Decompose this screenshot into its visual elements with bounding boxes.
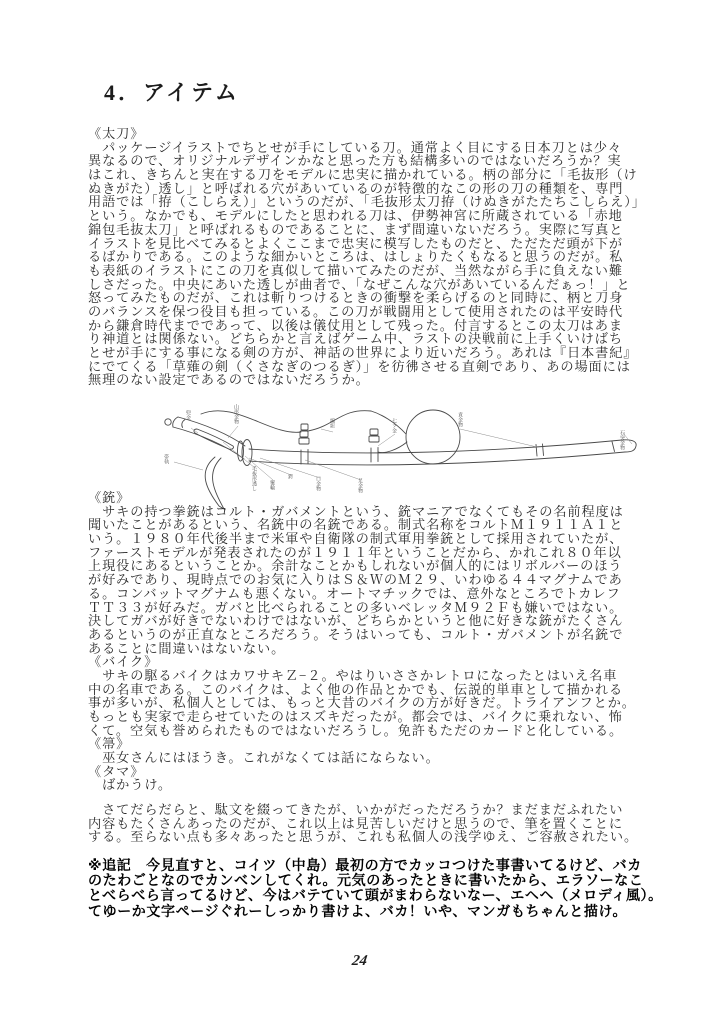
sword-part-label-nanatsugane: 七ツ金 (391, 418, 397, 433)
text-line: 《タマ》 (88, 765, 663, 779)
text-line: てゆーか文字ページぐれーしっかり書けよ、バカ！いや、マンガもちゃんと描け。 (88, 904, 663, 919)
text-line: も表紙のイラストにこの刀を真似して描いてみたのだが、当然ながら手に負えない難 (88, 264, 663, 278)
page-title: 4．アイテム (104, 76, 240, 107)
text-line: 怒ってみたものだが、これは斬りつけるときの衝撃を柔らげるのと同時に、柄と刀身 (88, 291, 663, 305)
text-line: とべらべら言ってるけど、今はバテていて頭がまわらないなー、エヘヘ（メロディ風）。 (88, 888, 663, 903)
text-line: にでてくる「草薙の剣（くさなぎのつるぎ）」を彷彿させる直剣であり、あの場面には (88, 360, 663, 374)
text-line: 《バイク》 (88, 655, 663, 669)
text-line: が好みであり、現時点でのお気に入りはＳ＆ＷのＭ２９、いわゆる４４マグナムであ (88, 573, 663, 587)
text-line: ＴＴ３３が好みだ。ガバと比べられることの多いベレッタＭ９２Ｆも嫌いではない。 (88, 601, 663, 615)
page-number: 24 (351, 953, 368, 970)
text-line: くて。空気も誉められたものではないだろうし。免許もただのカードと化している。 (88, 724, 663, 738)
gun-bike-broom-tama-text: 《銃》 サキの持つ拳銃はコルト・ガバメントという、銃マニアでなくてもその名前程度… (88, 491, 663, 792)
text-line: いう。１９８０年代後半まで米軍や自衛隊の制式軍用拳銃として採用されていたが、 (88, 532, 663, 546)
text-line: サキの駆るバイクはカワサキＺ−２。やはりいささかレトロになったとはいえ名車 (88, 669, 663, 683)
scanned-document-page: 4．アイテム 《太刀》 パッケージイラストでちとせが手にしている刀。通常よく目に… (0, 0, 712, 1010)
text-line: り神道とは関係ない。どちらかと言えばゲーム中、ラストの決戦前に上手くいけばち (88, 332, 663, 346)
sword-part-label-ishizuki: 石突金物 (619, 430, 625, 450)
tachi-section-text: 《太刀》 パッケージイラストでちとせが手にしている刀。通常よく目にする日本刀とは… (88, 127, 663, 387)
text-line: する。至らない点も多々あったと思うが、これも私個人の浅学ゆえ、ご容赦されたい。 (88, 830, 663, 844)
sword-part-label-yamagata: 山形金物 (233, 404, 239, 424)
text-line: のバランスを保つ役目も担っている。この刀が戦闘用として使用されたのは平安時代 (88, 305, 663, 319)
sword-part-label-kenukigata: 毛抜形透し (251, 466, 257, 491)
text-line: 《太刀》 (88, 127, 663, 141)
text-line: ※追記 今見直すと、コイツ（中島）最初の方でカッコつけた事書いてるけど、バカ (88, 858, 663, 873)
sword-part-label-tsuba: 鍔 (287, 474, 293, 479)
closing-paragraph-text: さてだらだらと、駄文を綴ってきたが、いかがだっただろうか？まだまだふれたい内容も… (88, 803, 663, 844)
sword-part-label-obitori: 帯執 (163, 454, 169, 464)
text-line: 《銃》 (88, 491, 663, 505)
text-line: 巫女さんにはほうき。これがなくては話にならない。 (88, 751, 663, 765)
text-line: という。なかでも、モデルにしたと思われる刀は、伊勢神宮に所蔵されている「赤地 (88, 209, 663, 223)
text-line: 《箒》 (88, 737, 663, 751)
text-line: はこれ、きちんと実在する刀をモデルに忠実に描かれている。柄の部分に「毛抜形（け (88, 168, 663, 182)
text-line: 無理のない設定であるのではないだろうか。 (88, 373, 663, 387)
text-line: あるというのが正直なところだろう。そうはいっても、コルト・ガバメントが名銃で (88, 628, 663, 642)
text-line: るばかりである。このような細かいところは、はしょりたくもなると思うのだが。私 (88, 250, 663, 264)
text-line: る。コンバットマグナムも悪くない。オートマチックでは、意外なところでトカレフ (88, 587, 663, 601)
sword-part-label-kabutogane: 兜金 (185, 410, 191, 420)
text-line: 事が多いが、私個人としては、もっと大昔のバイクの方が好きだ。トライアンフとか。 (88, 696, 663, 710)
text-line: イラストを見比べてみるとよくここまで忠実に模写したものだと、ただただ頭が下が (88, 237, 663, 251)
sword-part-label-fukurin: 覆輪 (269, 480, 275, 490)
text-line: 異なるので、オリジナルデザインかなと思った方も結構多いのではないだろうか？実 (88, 154, 663, 168)
text-line: とせが手にする事になる剣の方が、神話の世界により近いだろう。あれは『日本書紀』 (88, 346, 663, 360)
text-line: のたわごとなのでカンベンしてくれ。元気のあったときに書いたから、エラソーなこ (88, 873, 663, 888)
text-line: もっとも実家で走らせていたのはスズキだったが。都会では、バイクに乗れない、怖 (88, 710, 663, 724)
text-line: 決してガバが好きでないわけではないが、どちらかというと他に好きな銃がたくさん (88, 614, 663, 628)
text-line: 聞いたことがあるという、名銃中の名銃である。制式名称をコルトＭ１９１１Ａ１と (88, 518, 663, 532)
sword-part-label-himo: 編紐 (329, 418, 335, 428)
postscript-bold-text: ※追記 今見直すと、コイツ（中島）最初の方でカッコつけた事書いてるけど、バカのた… (88, 858, 663, 919)
sword-part-label-kuchikanamono: 口金物 (315, 476, 321, 491)
sword-part-label-semekanamono: 責金物 (457, 412, 463, 427)
text-line: さてだらだらと、駄文を綴ってきたが、いかがだっただろうか？まだまだふれたい (88, 803, 663, 817)
text-line: 錦包毛抜太刀」と呼ばれるものであることに、まず間違いないだろう。実際に写真と (88, 223, 663, 237)
text-line: あることに間違いはないない。 (88, 642, 663, 656)
text-line: ばかうけ。 (88, 778, 663, 792)
